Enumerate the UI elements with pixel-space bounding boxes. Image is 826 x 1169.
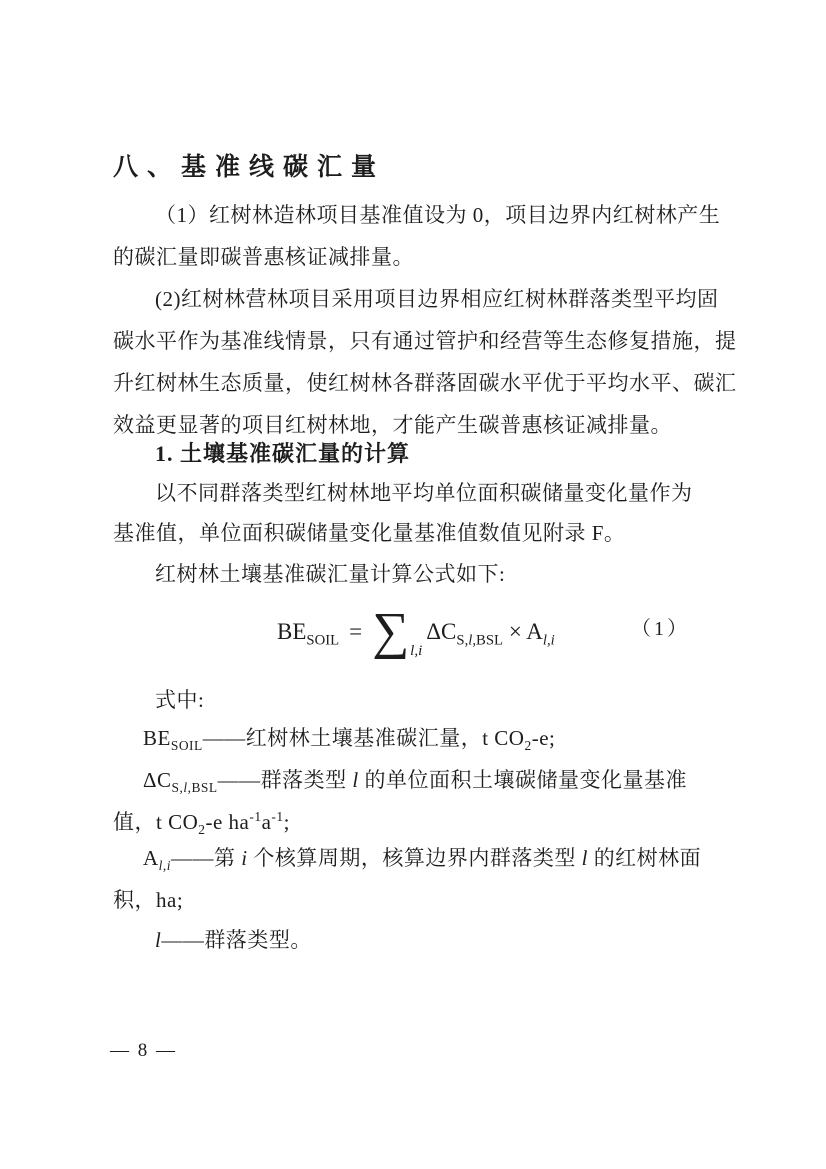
sigma-subscript: l,i — [410, 643, 422, 660]
formula-number: （1） — [631, 612, 690, 641]
paragraph-line: 碳水平作为基准线情景，只有通过管护和经营等生态修复措施，提 — [113, 326, 737, 356]
paragraph-line: 以不同群落类型红树林地平均单位面积碳储量变化量作为 — [155, 478, 693, 508]
document-page: 八、基准线碳汇量 （1）红树林造林项目基准值设为 0，项目边界内红树林产生 的碳… — [0, 0, 826, 1169]
paragraph-line: 的碳汇量即碳普惠核证减排量。 — [113, 242, 414, 272]
definition-a-line2: 积，ha; — [113, 885, 183, 915]
formula-rhs: ΔCS,l,BSL × Al,i — [426, 619, 554, 645]
summation-sigma: ∑ l,i — [372, 610, 426, 654]
definition-be-soil: BESOIL——红树林土壤基准碳汇量，t CO2-e; — [143, 723, 555, 753]
paragraph-line: 红树林土壤基准碳汇量计算公式如下: — [155, 559, 505, 589]
paragraph-line: (2)红树林营林项目采用项目边界相应红树林群落类型平均固 — [155, 284, 718, 314]
definition-delta-c-line1: ΔCS,l,BSL——群落类型 l 的单位面积土壤碳储量变化量基准 — [143, 765, 687, 795]
section-heading: 1. 土壤基准碳汇量的计算 — [155, 439, 410, 469]
chapter-heading: 八、基准线碳汇量 — [113, 147, 385, 183]
paragraph-line: （1）红树林造林项目基准值设为 0，项目边界内红树林产生 — [155, 200, 720, 230]
sigma-symbol: ∑ — [372, 610, 409, 654]
equals-sign: = — [349, 619, 362, 645]
definition-a-line1: Al,i——第 i 个核算周期，核算边界内群落类型 l 的红树林面 — [143, 843, 701, 873]
paragraph-line: 升红树林生态质量，使红树林各群落固碳水平优于平均水平、碳汇 — [113, 368, 737, 398]
paragraph-line: 效益更显著的项目红树林地，才能产生碳普惠核证减排量。 — [113, 410, 672, 440]
paragraph-line: 基准值，单位面积碳储量变化量基准值数值见附录 F。 — [113, 518, 625, 548]
formula-lhs: BESOIL — [277, 619, 339, 645]
definition-l: l——群落类型。 — [155, 925, 312, 955]
formula-equation-1: BESOIL = ∑ l,i ΔCS,l,BSL × Al,i — [277, 593, 555, 671]
definition-delta-c-line2: 值，t CO2-e ha-1a-1; — [113, 807, 290, 837]
page-number: — 8 — — [110, 1040, 177, 1062]
where-label: 式中: — [155, 685, 204, 715]
